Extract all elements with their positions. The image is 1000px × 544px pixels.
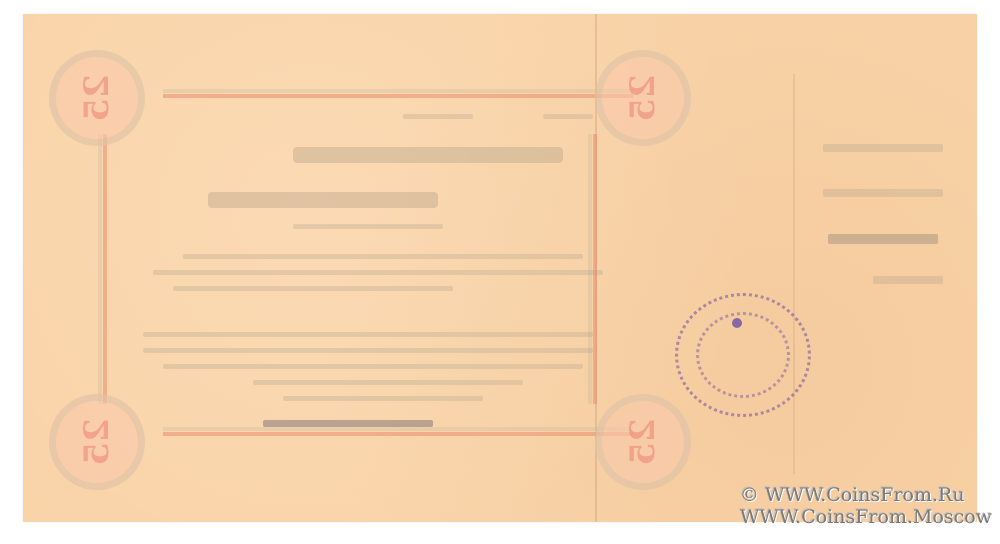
medallion-value: 25 <box>623 74 663 121</box>
watermark-line-1: © WWW.CoinsFrom.Ru <box>740 484 992 506</box>
ghost-text <box>163 364 583 369</box>
ghost-stub-text <box>823 144 943 152</box>
ghost-title <box>293 147 563 163</box>
ghost-serial <box>263 420 433 427</box>
corner-medallion-bottom-left: 25 <box>49 394 145 490</box>
stamp-emblem <box>732 318 742 328</box>
ink-stamp <box>675 293 811 417</box>
ghost-text <box>403 114 473 119</box>
ghost-stub-text <box>873 276 943 284</box>
corner-medallion-top-left: 25 <box>49 50 145 146</box>
medallion-value: 25 <box>77 74 117 121</box>
watermark-line-2: WWW.CoinsFrom.Moscow <box>740 506 992 528</box>
corner-medallion-top-right: 25 <box>595 50 691 146</box>
ghost-stub-text <box>823 189 943 197</box>
banknote-paper: 25 25 25 25 <box>23 14 977 522</box>
medallion-value: 25 <box>77 418 117 465</box>
watermark: © WWW.CoinsFrom.Ru WWW.CoinsFrom.Moscow <box>740 484 992 528</box>
stub-divider <box>793 74 795 474</box>
ghost-text <box>173 286 453 291</box>
frame-bottom <box>163 432 633 436</box>
medallion-value: 25 <box>623 418 663 465</box>
ghost-text <box>183 254 583 259</box>
ghost-stub-text <box>828 234 938 244</box>
ghost-text <box>293 224 443 229</box>
frame-left <box>103 134 107 404</box>
ghost-text <box>153 270 603 275</box>
ghost-text <box>253 380 523 385</box>
ghost-text <box>143 332 593 337</box>
corner-medallion-bottom-right: 25 <box>595 394 691 490</box>
ghost-text <box>143 348 593 353</box>
ghost-text <box>543 114 593 119</box>
frame-top <box>163 94 633 98</box>
ghost-title <box>208 192 438 208</box>
ghost-text <box>283 396 483 401</box>
frame-right <box>593 134 597 404</box>
